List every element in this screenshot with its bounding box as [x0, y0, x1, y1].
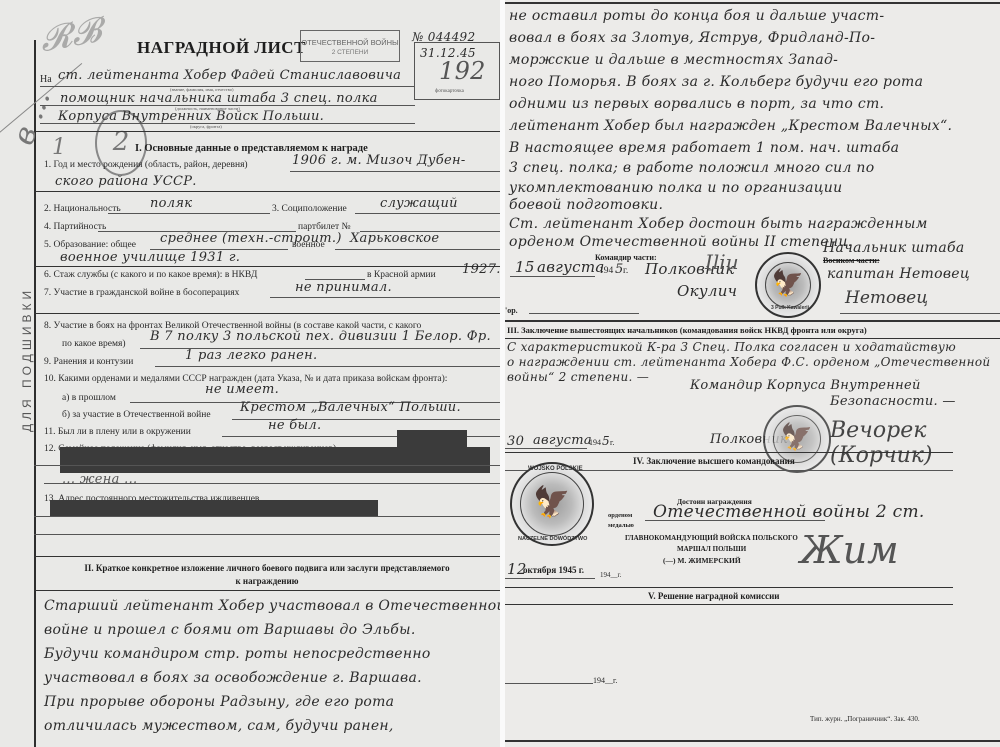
corps-caption: (округа, фронта)	[190, 124, 222, 129]
medal-label: медалью	[608, 522, 634, 529]
rule	[34, 191, 500, 192]
field-5b-label: военное	[292, 240, 325, 250]
rule	[290, 171, 500, 172]
field-11-value: не был.	[268, 418, 321, 433]
rule	[355, 213, 500, 214]
rule	[270, 297, 500, 298]
field-5-label: 5. Образование: общее	[44, 240, 136, 250]
section5-date-blank: 194__г.	[593, 676, 617, 685]
text-line: Ст. лейтенант Хобер достоин быть награжд…	[509, 216, 928, 232]
rule	[34, 516, 500, 517]
section4-date-text: октября 1945 г.	[523, 565, 584, 575]
commander-name: Окулич	[677, 282, 737, 300]
section3-line-1: С характеристикой К-ра 3 Спец. Полка сог…	[507, 340, 956, 354]
print-imprint: Тип. журн. „Пограничник“. Зак. 430.	[810, 715, 920, 723]
field-10b-value: Крестом „Валечных“ Польши.	[240, 400, 461, 415]
photo-box-number: 192	[439, 57, 486, 85]
commander-title-2: МАРШАЛ ПОЛЬШИ	[677, 545, 746, 553]
field-3-value: служащий	[380, 196, 458, 211]
rule	[505, 740, 1000, 742]
rule	[44, 483, 500, 484]
award-stamp-line2: 2 СТЕПЕНИ	[301, 49, 399, 56]
section3-date-year-suffix: 5	[602, 434, 610, 448]
text-line: Старший лейтенант Хобер участвовал в Оте…	[44, 598, 500, 614]
section3-date-year-prefix: 194	[589, 438, 601, 447]
field-6b-label: в Красной армии	[367, 270, 436, 280]
field-7-value: не принимал.	[295, 280, 392, 295]
text-line: орденом Отечественной войны II степени.	[509, 234, 852, 250]
photo-box: 192 фотокарточка	[414, 42, 500, 100]
field-12-value-cont: ... жена ...	[62, 472, 137, 487]
right-page: не оставил роты до конца боя и дальше уч…	[505, 0, 1000, 747]
field-9-label: 9. Ранения и контузии	[44, 357, 133, 367]
rule	[34, 590, 500, 591]
left-page: ДЛЯ ПОДШИВКИ в ... 2 1 𝓡𝓑 НАГРАДНОЙ ЛИСТ…	[0, 0, 500, 747]
position-value: помощник начальника штаба 3 спец. полка	[60, 91, 378, 106]
section3-date-g: г.	[610, 438, 614, 447]
photo-box-caption: фотокарточка	[435, 89, 464, 94]
field-3-label: 3. Социположение	[272, 204, 347, 214]
field-10b-label: б) за участие в Отечественной войне	[62, 410, 211, 420]
chief-of-staff-title: Начальник штаба	[823, 240, 964, 256]
redaction-block	[60, 447, 490, 473]
text-line: боевой подготовки.	[509, 197, 663, 213]
pencil-mark-left: в ...	[6, 85, 58, 149]
rule	[34, 556, 500, 557]
rule	[34, 266, 500, 267]
rule	[505, 604, 953, 605]
seal-top-text: WOJSKO POLSKIE	[528, 466, 583, 472]
section3-signer-1: Командир Корпуса Внутренней	[690, 378, 921, 393]
rule	[510, 276, 595, 277]
binding-margin-label: ДЛЯ ПОДШИВКИ	[20, 287, 34, 432]
regiment-seal: 🦅 3 Pułk Kawalerii	[755, 252, 821, 318]
section4-title: IV. Заключение высшего командования	[633, 456, 795, 466]
award-stamp: ОТЕЧЕСТВЕННОЙ ВОЙНЫ 2 СТЕПЕНИ	[300, 30, 400, 62]
rule	[505, 587, 953, 588]
commander-title-1: ГЛАВНОКОМАНДУЮЩИЙ ВОЙСКА ПОЛЬСКОГО	[625, 534, 798, 542]
rule	[505, 338, 1000, 339]
text-line: ного Поморья. В боях за г. Кольберг буду…	[509, 74, 923, 90]
pencil-scribble: 𝓡𝓑	[37, 10, 105, 60]
section2-title-cont: к награждению	[34, 576, 500, 586]
commander-signature: Iliu	[705, 250, 739, 274]
field-8-label-cont: по какое время)	[62, 339, 126, 349]
field-4-label: 4. Партийность	[44, 222, 106, 232]
field-6-label: 6. Стаж службы (с какого и по какое врем…	[44, 270, 257, 280]
field-9-value: 1 раз легко ранен.	[185, 348, 317, 363]
eagle-icon: 🦅	[772, 269, 804, 299]
field-6b-value: 1927.	[462, 262, 500, 277]
field-1-value-cont: ского района УССР.	[55, 174, 197, 189]
field-10a-label: а) в прошлом	[62, 393, 116, 403]
section3-signature: Вечорек (Корчик)	[830, 418, 1000, 468]
field-2-value: поляк	[150, 196, 192, 211]
rule	[505, 448, 587, 449]
rule	[335, 249, 500, 250]
text-line: укомплектованию полка и по организации	[509, 180, 842, 196]
rule	[505, 578, 595, 579]
section3-line-2: о награждении ст. лейтенанта Хобера Ф.С.…	[507, 355, 990, 369]
section3-signer-2: Безопасности. —	[830, 394, 956, 409]
commander-date-g: г.	[623, 266, 628, 276]
seal-bottom-text: NACZELNE DOWÓDZTWO	[518, 536, 587, 542]
eagle-icon: 🦅	[781, 423, 813, 453]
text-line: отличилась мужеством, сам, будучи ранен,	[44, 718, 394, 734]
pencil-side-number: 1	[52, 135, 66, 160]
seal-text: 3 Pułk Kawalerii	[771, 305, 809, 311]
document-title: НАГРАДНОЙ ЛИСТ	[137, 38, 306, 58]
section4-signature: Жим	[800, 528, 899, 572]
military-label: Военком части:	[823, 256, 880, 265]
section3-line-3: войны“ 2 степени. —	[507, 370, 649, 384]
eagle-icon: 🦅	[533, 485, 570, 520]
rule	[34, 534, 500, 535]
order-value: Отечественной войны 2 ст.	[653, 502, 925, 522]
text-line: В настоящее время работает 1 пом. нач. ш…	[509, 140, 899, 156]
commander-date-year-prefix: 194	[599, 266, 613, 276]
field-1-value: 1906 г. м. Мизоч Дубен-	[292, 153, 466, 168]
rule	[505, 683, 593, 684]
text-line: вовал в боях за Злотув, Яструв, Фридланд…	[509, 30, 875, 46]
rule	[505, 452, 953, 453]
rule	[505, 2, 1000, 4]
text-line: моржские и дальше в местностях Запад-	[509, 52, 838, 68]
field-7-label: 7. Участие в гражданской войне в босопер…	[44, 288, 239, 298]
text-line: Будучи командиром стр. роты непосредстве…	[44, 646, 431, 662]
section2-title: II. Краткое конкретное изложение личного…	[34, 563, 500, 573]
field-11-label: 11. Был ли в плену или в окружении	[44, 427, 191, 437]
rule	[529, 313, 639, 314]
redaction-block	[50, 500, 378, 516]
left-fragment: 'ор.	[505, 306, 518, 315]
section3-date-day: 30	[507, 434, 524, 449]
text-line: одними из первых ворвались в порт, за чт…	[509, 96, 884, 112]
commander-name: (—) М. ЖИМЕРСКИЙ	[663, 556, 741, 565]
text-line: участвовал в боях за освобождение г. Вар…	[44, 670, 422, 686]
field-8-value: В 7 полку 3 польской пех. дивизии 1 Бело…	[150, 329, 491, 344]
text-line: лейтенант Хобер был награжден „Крестом В…	[509, 118, 952, 134]
text-line: не оставил роты до конца боя и дальше уч…	[509, 8, 884, 24]
rule	[155, 366, 500, 367]
section3-title: III. Заключение вышестоящих начальников …	[507, 325, 867, 335]
commander-date-day: 15	[515, 258, 535, 276]
rule	[645, 520, 825, 521]
text-line: 3 спец. полка; в работе положил много си…	[509, 160, 874, 176]
rule	[40, 123, 415, 124]
rule	[34, 465, 500, 466]
rule	[108, 213, 270, 214]
corps-value: Корпуса Внутренних Войск Польши.	[58, 109, 324, 124]
section3-date-month: августа	[533, 433, 592, 448]
field-1-label: 1. Год и место рождения (область, район,…	[44, 160, 248, 170]
field-5b-value: Харьковское	[350, 231, 439, 246]
chief-of-staff-signature: Нетовец	[845, 288, 928, 308]
field-5b-value-cont: военное училище 1931 г.	[60, 250, 240, 265]
rule	[840, 313, 1000, 314]
rule	[34, 313, 500, 314]
section4-date-blank: 194__г.	[600, 571, 621, 579]
rule	[34, 131, 500, 132]
text-line: При прорыве обороны Радзыну, где его рот…	[44, 694, 394, 710]
order-label: орденом	[608, 512, 632, 519]
name-value: ст. лейтенанта Хобер Фадей Станиславович…	[58, 68, 401, 83]
chief-of-staff-rank-name: капитан Нетовец	[827, 266, 970, 282]
rule	[505, 320, 1000, 322]
naczelne-dowodztwo-seal: 🦅 WOJSKO POLSKIE NACZELNE DOWÓDZTWO	[510, 462, 594, 546]
award-stamp-line1: ОТЕЧЕСТВЕННОЙ ВОЙНЫ	[301, 38, 399, 47]
name-prefix: На	[40, 74, 52, 85]
section5-title: V. Решение наградной комиссии	[648, 591, 779, 601]
text-line: войне и прошел с боями от Варшавы до Эль…	[44, 622, 416, 638]
field-10a-value: не имеет.	[205, 382, 279, 397]
